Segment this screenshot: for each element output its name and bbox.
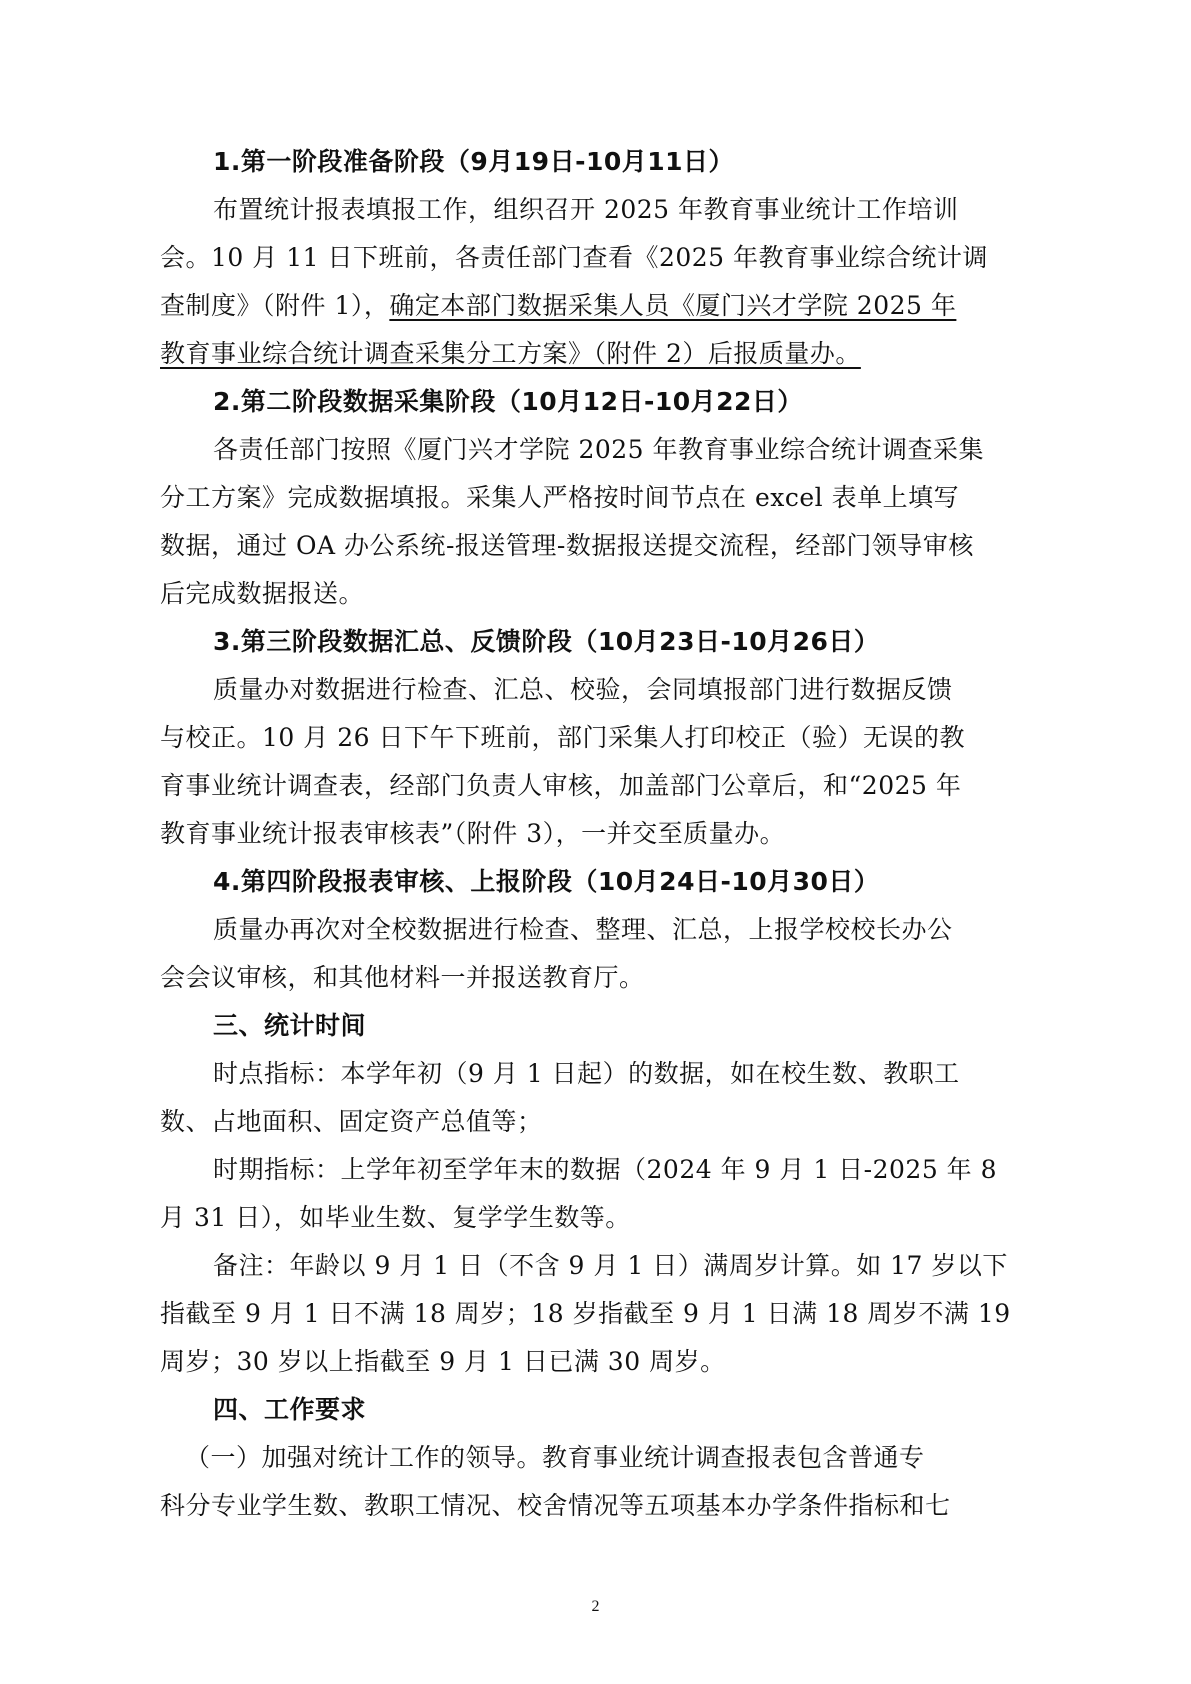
paragraph-line: 指截至 9 月 1 日不满 18 周岁；18 岁指截至 9 月 1 日满 18 … (160, 1299, 1040, 1329)
paragraph-line: 时期指标：上学年初至学年末的数据（2024 年 9 月 1 日-2025 年 8 (213, 1155, 1093, 1185)
paragraph-line: 查制度》（附件 1），确定本部门数据采集人员《厦门兴才学院 2025 年 (160, 291, 1040, 321)
paragraph-line: 布置统计报表填报工作，组织召开 2025 年教育事业统计工作培训 (213, 195, 1093, 225)
paragraph-line: 质量办对数据进行检查、汇总、校验，会同填报部门进行数据反馈 (213, 675, 1093, 705)
paragraph-line: 数据，通过 OA 办公系统-报送管理-数据报送提交流程，经部门领导审核 (160, 531, 1040, 561)
paragraph-line: （一）加强对统计工作的领导。教育事业统计调查报表包含普通专 (185, 1443, 1065, 1473)
section-heading-phase-2: 2.第二阶段数据采集阶段（10月12日-10月22日） (213, 387, 1093, 417)
section-heading-statistics-time: 三、统计时间 (213, 1011, 1093, 1041)
paragraph-line: 与校正。10 月 26 日下午下班前，部门采集人打印校正（验）无误的教 (160, 723, 1040, 753)
paragraph-line: 分工方案》完成数据填报。采集人严格按时间节点在 excel 表单上填写 (160, 483, 1040, 513)
underlined-paragraph-line: 教育事业综合统计调查采集分工方案》（附件 2）后报质量办。 (160, 339, 861, 369)
section-heading-work-requirements: 四、工作要求 (213, 1395, 1093, 1425)
paragraph-line: 会。10 月 11 日下班前，各责任部门查看《2025 年教育事业综合统计调 (160, 243, 1040, 273)
document-page: 1.第一阶段准备阶段（9月19日-10月11日） 布置统计报表填报工作，组织召开… (0, 0, 1191, 1684)
paragraph-line: 数、占地面积、固定资产总值等； (160, 1107, 1040, 1137)
paragraph-line: 科分专业学生数、教职工情况、校舍情况等五项基本办学条件指标和七 (160, 1491, 1040, 1521)
paragraph-line: 育事业统计调查表，经部门负责人审核，加盖部门公章后，和“2025 年 (160, 771, 1040, 801)
paragraph-line: 教育事业统计报表审核表”（附件 3），一并交至质量办。 (160, 819, 1040, 849)
page-number: 2 (0, 1598, 1191, 1616)
text-span: 查制度》（附件 1）， (160, 291, 389, 320)
paragraph-line: 各责任部门按照《厦门兴才学院 2025 年教育事业综合统计调查采集 (213, 435, 1093, 465)
paragraph-line: 会会议审核，和其他材料一并报送教育厅。 (160, 963, 1040, 993)
paragraph-line: 时点指标：本学年初（9 月 1 日起）的数据，如在校生数、教职工 (213, 1059, 1093, 1089)
paragraph-line: 月 31 日），如毕业生数、复学学生数等。 (160, 1203, 1040, 1233)
underlined-text: 确定本部门数据采集人员《厦门兴才学院 2025 年 (389, 291, 956, 320)
paragraph-line: 备注：年龄以 9 月 1 日（不含 9 月 1 日）满周岁计算。如 17 岁以下 (213, 1251, 1093, 1281)
paragraph-line: 质量办再次对全校数据进行检查、整理、汇总，上报学校校长办公 (213, 915, 1093, 945)
section-heading-phase-4: 4.第四阶段报表审核、上报阶段（10月24日-10月30日） (213, 867, 1093, 897)
paragraph-line: 后完成数据报送。 (160, 579, 1040, 609)
paragraph-line: 周岁；30 岁以上指截至 9 月 1 日已满 30 周岁。 (160, 1347, 1040, 1377)
section-heading-phase-3: 3.第三阶段数据汇总、反馈阶段（10月23日-10月26日） (213, 627, 1093, 657)
section-heading-phase-1: 1.第一阶段准备阶段（9月19日-10月11日） (213, 147, 1093, 177)
